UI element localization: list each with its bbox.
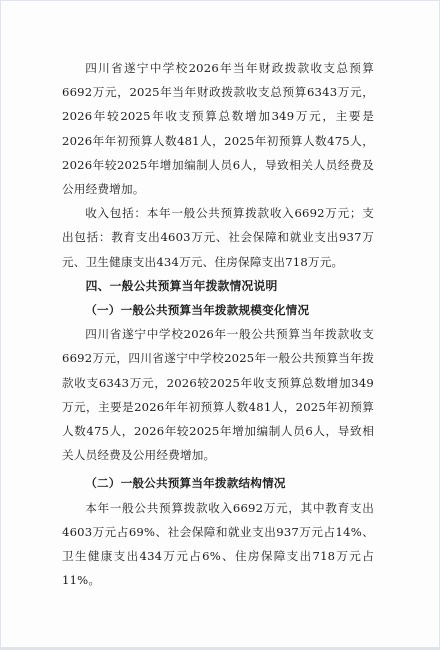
paragraph-structure: 本年一般公共预算拨款收入6692万元，其中教育支出4603万元占69%、社会保障… [62,496,374,593]
paragraph-income-expenditure: 收入包括：本年一般公共预算拨款收入6692万元；支出包括：教育支出4603万元、… [62,201,374,274]
document-content: 四川省遂宁中学校2026年当年财政拨款收支总预算6692万元，2025年当年财政… [62,56,374,592]
section-heading-4: 四、一般公共预算当年拨款情况说明 [62,274,374,298]
subsection-heading-2: （二）一般公共预算当年拨款结构情况 [62,471,374,495]
document-page: 四川省遂宁中学校2026年当年财政拨款收支总预算6692万元，2025年当年财政… [1,1,439,647]
subsection-heading-1: （一）一般公共预算当年拨款规模变化情况 [62,298,374,322]
paragraph-scale-change: 四川省遂宁中学校2026年一般公共预算当年拨款收支6692万元，四川省遂宁中学校… [62,322,374,467]
paragraph-total-budget: 四川省遂宁中学校2026年当年财政拨款收支总预算6692万元，2025年当年财政… [62,56,374,201]
